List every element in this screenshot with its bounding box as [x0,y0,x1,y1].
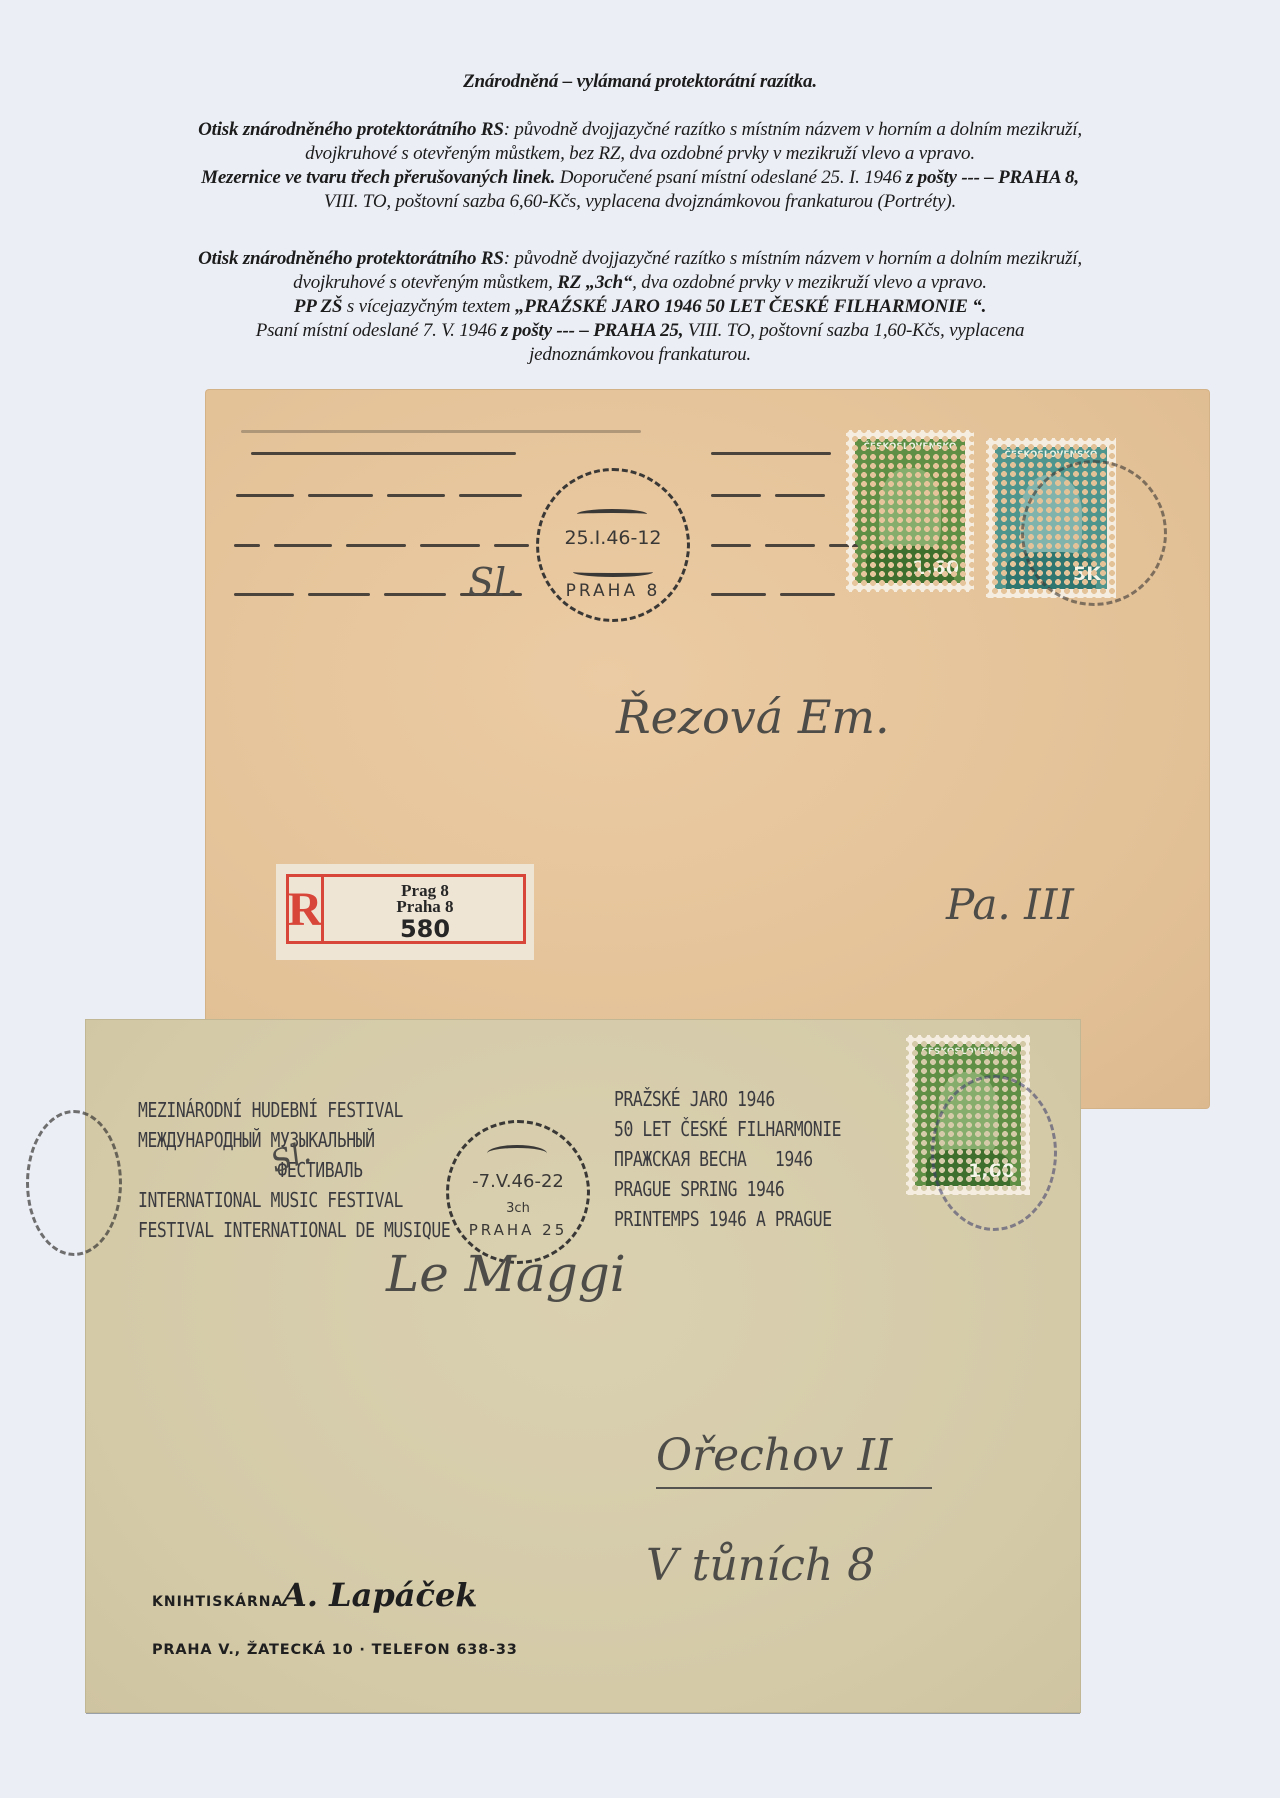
label-line-czech: Praha 8 [327,899,523,915]
handwritten-district: Pa. III [946,880,1074,929]
stamp-face: ČESKOSLOVENSKO 1,60 [855,439,965,583]
postmark-town: PRAHA 8 [539,581,687,601]
cancel-line-dashed [711,494,825,497]
stamp-country: ČESKOSLOVENSKO [855,439,965,452]
postmark-praha-25: -7.V.46-22 3ch PRAHA 25 [446,1120,590,1264]
caption-bold: z pošty --- – PRAHA 8, [906,167,1079,188]
portrait-icon [879,468,941,554]
slogan-line: PRAŽSKÉ JARO 1946 [614,1084,841,1114]
caption-text: jednoznámkovou frankaturou. [60,343,1220,367]
cancel-line-dashed [711,544,859,547]
caption-text: dvojkruhové s otevřeným můstkem, [293,272,557,293]
caption-bold: Mezernice ve tvaru třech přerušovaných l… [201,167,555,188]
registered-cover-envelope: 25.I.46-12 PRAHA 8 ČESKOSLOVENSKO 1,60 Č… [206,390,1209,1108]
caption-text: Doporučené psaní místní odeslané 25. I. … [555,167,906,188]
registration-label: R Prag 8 Praha 8 580 [276,864,534,960]
caption-text: dvojkruhové s otevřeným můstkem, bez RZ,… [60,142,1220,166]
handwritten-name: Le Maggi [386,1245,626,1303]
caption-bold: z pošty --- – PRAHA 25, [501,320,683,341]
postmark-partial-left [26,1110,122,1256]
caption-text: , dva ozdobné prvky v mezikruží vlevo a … [632,272,987,293]
caption-text: : původně dvojjazyčné razítko s místním … [504,119,1082,140]
cancel-line-dashed [711,593,835,596]
caption-text: Psaní místní odeslané 7. V. 1946 [256,320,501,341]
registration-number: 580 [327,915,523,943]
stamp-benes-1-60: ČESKOSLOVENSKO 1,60 [846,430,974,592]
handwritten-street: V tůních 8 [646,1540,875,1591]
postmark-bridge-bottom [573,567,653,577]
printer-label: KNIHTISKÁRNA [152,1594,283,1610]
postmark-tie [931,1075,1057,1231]
page-title: Znárodněná – vylámaná protektorátní razí… [60,70,1220,94]
caption-text: VIII. TO, poštovní sazba 1,60-Kčs, vypla… [683,320,1024,341]
caption-bold: „PRAŹSKÉ JARO 1946 50 LET ČESKÉ FILHARMO… [515,296,986,317]
postmark-bridge-top [577,509,647,519]
printer-address: PRAHA V., ŽATECKÁ 10 · TELEFON 638-33 [152,1642,518,1658]
slogan-cancel-envelope: MEZINÁRODNÍ HUDEBNÍ FESTIVAL МЕЖДУНАРОДН… [86,1020,1080,1712]
caption-bold: Otisk znárodněného protektorátního RS [198,248,504,269]
slogan-line: ПРАЖСКАЯ ВЕСНА 1946 [614,1144,841,1174]
slogan-line: 50 LET ČESKÉ FILHARMONIE [614,1114,841,1144]
description-cover-1: Otisk znárodněného protektorátního RS: p… [60,118,1220,214]
postmark-date: 25.I.46-12 [539,527,687,549]
cancel-line-faint [241,430,641,433]
handwritten-city: Ořechov II [656,1430,932,1489]
stamp-value: 1,60 [912,557,959,579]
caption-bold: Otisk znárodněného protektorátního RS [198,119,504,140]
registration-label-frame: R Prag 8 Praha 8 580 [286,874,526,944]
slogan-line: MEZINÁRODNÍ HUDEBNÍ FESTIVAL [138,1095,450,1125]
cancel-line [251,452,516,455]
postmark-date: -7.V.46-22 [449,1171,587,1192]
description-cover-2: Otisk znárodněného protektorátního RS: p… [60,247,1220,367]
cancel-line-dashed [236,494,522,497]
stamp-country: ČESKOSLOVENSKO [995,447,1107,460]
caption-text: : původně dvojjazyčné razítko s místním … [504,248,1082,269]
slogan-line: PRINTEMPS 1946 A PRAGUE [614,1204,841,1234]
slogan-line: FESTIVAL INTERNATIONAL DE MUSIQUE [138,1215,450,1245]
postmark-praha-8: 25.I.46-12 PRAHA 8 [536,468,690,622]
handwritten-salutation: Sl. [468,560,518,604]
postmark-town: PRAHA 25 [449,1221,587,1239]
handwritten-name: Řezová Em. [616,690,890,744]
slogan-right-text: PRAŽSKÉ JARO 1946 50 LET ČESKÉ FILHARMON… [614,1084,841,1234]
caption-bold: PP ZŠ [294,296,342,317]
registration-r-icon: R [289,877,324,941]
caption-text: VIII. TO, poštovní sazba 6,60-Kčs, vypla… [60,190,1220,214]
postmark-code: 3ch [449,1201,587,1216]
cancel-line [711,452,831,455]
printer-name: A. Lapáček [282,1576,477,1614]
stamp-country: ČESKOSLOVENSKO [915,1044,1021,1057]
slogan-line: PRAGUE SPRING 1946 [614,1174,841,1204]
caption-text: s vícejazyčným textem [342,296,515,317]
postmark-bridge-top [487,1145,547,1162]
cancel-line-dashed [234,544,529,547]
caption-bold: RZ „3ch“ [557,272,632,293]
slogan-line: INTERNATIONAL MUSIC FESTIVAL [138,1185,450,1215]
postmark-tie [1021,460,1167,606]
